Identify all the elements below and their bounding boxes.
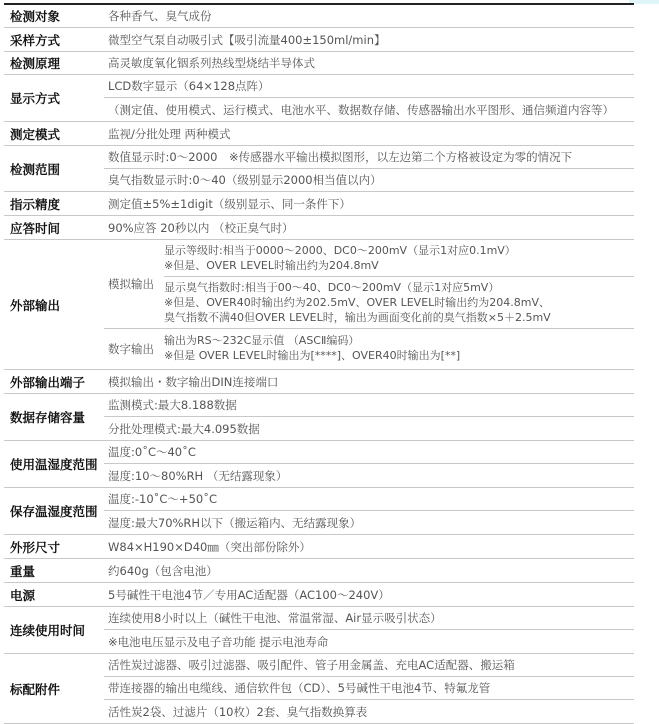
- row-label: 检测对象: [4, 5, 104, 27]
- spec-row-sampling: 采样方式 微型空气泵自动吸引式【吸引流量400±150ml/min】: [4, 28, 634, 52]
- spec-row-weight: 重量 约640g（包含电池）: [4, 559, 634, 583]
- analog-output-group: 模拟输出 显示等级时:相当于0000～2000、DC0～200mV（显示1对应0…: [104, 240, 634, 329]
- row-label: 重量: [4, 559, 104, 582]
- row-value: 微型空气泵自动吸引式【吸引流量400±150ml/min】: [104, 28, 634, 51]
- spec-row-principle: 检测原理 高灵敏度氧化铟系列热线型烧结半导体式: [4, 52, 634, 75]
- analog-output-label: 模拟输出: [104, 240, 164, 328]
- row-label: 数据存储容量: [4, 394, 104, 440]
- spec-row-storage: 数据存储容量 监测模式:最大8.188数据 分批处理模式:最大4.095数据: [4, 394, 634, 441]
- row-value: 约640g（包含电池）: [104, 559, 634, 582]
- row-label: 外形尺寸: [4, 535, 104, 558]
- spec-row-response: 应答时间 90%应答 20秒以内 （校正臭气时）: [4, 216, 634, 240]
- row-value: 监视/分批处理 两种模式: [104, 122, 634, 145]
- row-value: 连续使用8小时以上（碱性干电池、常温常湿、Air显示吸引状态）: [104, 607, 634, 630]
- row-label: 电源: [4, 583, 104, 606]
- digital-output-group: 数字输出 输出为RS～232C显示值 （ASCⅡ编码） ※但是 OVER LEV…: [104, 329, 634, 369]
- spec-row-accuracy: 指示精度 测定值±5%±1digit（级别显示、同一条件下）: [4, 192, 634, 216]
- row-value: 90%应答 20秒以内 （校正臭气时）: [104, 216, 634, 239]
- row-value: 分批处理模式:最大4.095数据: [104, 417, 634, 440]
- row-label: 采样方式: [4, 28, 104, 51]
- row-value: 温度:-10˚C～+50˚C: [104, 488, 634, 511]
- spec-row-operating-env: 使用温湿度范围 温度:0˚C～40˚C 湿度:10～80%RH （无结露现象）: [4, 441, 634, 488]
- row-value: （测定值、使用模式、运行模式、电池水平、数据数存储、传感器输出水平图形、通信频道…: [104, 98, 634, 121]
- analog-output-level-block: 显示等级时:相当于0000～2000、DC0～200mV（显示1对应0.1mV）…: [164, 240, 634, 277]
- spec-row-external-output: 外部输出 模拟输出 显示等级时:相当于0000～2000、DC0～200mV（显…: [4, 240, 634, 370]
- row-value: 各种香气、臭气成份: [104, 5, 634, 27]
- spec-row-display: 显示方式 LCD数字显示（64×128点阵） （测定值、使用模式、运行模式、电池…: [4, 75, 634, 122]
- row-value: 带连接器的输出电缆线、通信软件包（CD）、5号碱性干电池4节、特氟龙管: [104, 677, 634, 700]
- spec-row-mode: 测定模式 监视/分批处理 两种模式: [4, 122, 634, 146]
- row-value: 活性炭2袋、过滤片（10枚）2套、臭气指数换算表: [104, 700, 634, 723]
- row-label: 外部输出端子: [4, 370, 104, 393]
- row-value: 模拟输出・数字输出DIN连接端口: [104, 370, 634, 393]
- spec-table: 检测对象 各种香气、臭气成份 采样方式 微型空气泵自动吸引式【吸引流量400±1…: [4, 3, 634, 724]
- text-line: ※但是、OVER40时输出约为202.5mV、OVER LEVEL时输出约为20…: [164, 295, 634, 310]
- text-line: 显示等级时:相当于0000～2000、DC0～200mV（显示1对应0.1mV）: [164, 243, 634, 258]
- row-label: 外部输出: [4, 240, 104, 369]
- text-line: 臭气指数不满40但OVER LEVEL时，输出为画面变化前的臭气指数×5＋2.5…: [164, 310, 634, 325]
- row-label: 保存温湿度范围: [4, 488, 104, 534]
- row-value: 测定值±5%±1digit（级别显示、同一条件下）: [104, 192, 634, 215]
- row-label: 连续使用时间: [4, 607, 104, 653]
- spec-row-power: 电源 5号碱性干电池4节／专用AC适配器（AC100～240V）: [4, 583, 634, 607]
- row-value: 监测模式:最大8.188数据: [104, 394, 634, 417]
- row-value: 湿度:10～80%RH （无结露现象）: [104, 464, 634, 487]
- row-value: 湿度:最大70%RH以下（搬运箱内、无结露现象）: [104, 511, 634, 534]
- row-value: LCD数字显示（64×128点阵）: [104, 75, 634, 98]
- text-line: 显示臭气指数时:相当于00～40、DC0～200mV（显示1对应5mV）: [164, 280, 634, 295]
- spec-row-storage-env: 保存温湿度范围 温度:-10˚C～+50˚C 湿度:最大70%RH以下（搬运箱内…: [4, 488, 634, 535]
- row-value: 臭气指数显示时:0～40（级别显示2000相当值以内）: [104, 169, 634, 191]
- row-value: 高灵敏度氧化铟系列热线型烧结半导体式: [104, 52, 634, 74]
- text-line: ※但是 OVER LEVEL时输出为[****]、OVER40时输出为[**]: [164, 348, 634, 363]
- row-label: 指示精度: [4, 192, 104, 215]
- row-value: 活性炭过滤器、吸引过滤器、吸引配件、管子用金属盖、充电AC适配器、搬运箱: [104, 654, 634, 677]
- row-value: 5号碱性干电池4节／专用AC适配器（AC100～240V）: [104, 583, 634, 606]
- text-line: 输出为RS～232C显示值 （ASCⅡ编码）: [164, 333, 634, 348]
- text-line: ※但是、OVER LEVEL时输出约为204.8mV: [164, 258, 634, 273]
- digital-output-label: 数字输出: [104, 329, 164, 369]
- row-label: 检测原理: [4, 52, 104, 74]
- spec-row-terminal: 外部输出端子 模拟输出・数字输出DIN连接端口: [4, 370, 634, 394]
- row-label: 检测范围: [4, 146, 104, 191]
- spec-row-runtime: 连续使用时间 连续使用8小时以上（碱性干电池、常温常湿、Air显示吸引状态） ※…: [4, 607, 634, 654]
- row-value: 数值显示时:0～2000 ※传感器水平输出模拟图形，以左边第二个方格被设定为零的…: [104, 146, 634, 169]
- row-label: 使用温湿度范围: [4, 441, 104, 487]
- spec-row-target: 检测对象 各种香气、臭气成份: [4, 5, 634, 28]
- row-label: 测定模式: [4, 122, 104, 145]
- digital-output-block: 输出为RS～232C显示值 （ASCⅡ编码） ※但是 OVER LEVEL时输出…: [164, 329, 634, 369]
- row-value: 温度:0˚C～40˚C: [104, 441, 634, 464]
- row-label: 标配附件: [4, 654, 104, 723]
- row-value: ※电池电压显示及电子音功能 提示电池寿命: [104, 630, 634, 653]
- row-label: 显示方式: [4, 75, 104, 121]
- row-value: W84×H190×D40㎜（突出部份除外）: [104, 535, 634, 558]
- row-label: 应答时间: [4, 216, 104, 239]
- spec-row-range: 检测范围 数值显示时:0～2000 ※传感器水平输出模拟图形，以左边第二个方格被…: [4, 146, 634, 192]
- analog-output-index-block: 显示臭气指数时:相当于00～40、DC0～200mV（显示1对应5mV） ※但是…: [164, 277, 634, 328]
- spec-row-dimensions: 外形尺寸 W84×H190×D40㎜（突出部份除外）: [4, 535, 634, 559]
- spec-row-accessories: 标配附件 活性炭过滤器、吸引过滤器、吸引配件、管子用金属盖、充电AC适配器、搬运…: [4, 654, 634, 724]
